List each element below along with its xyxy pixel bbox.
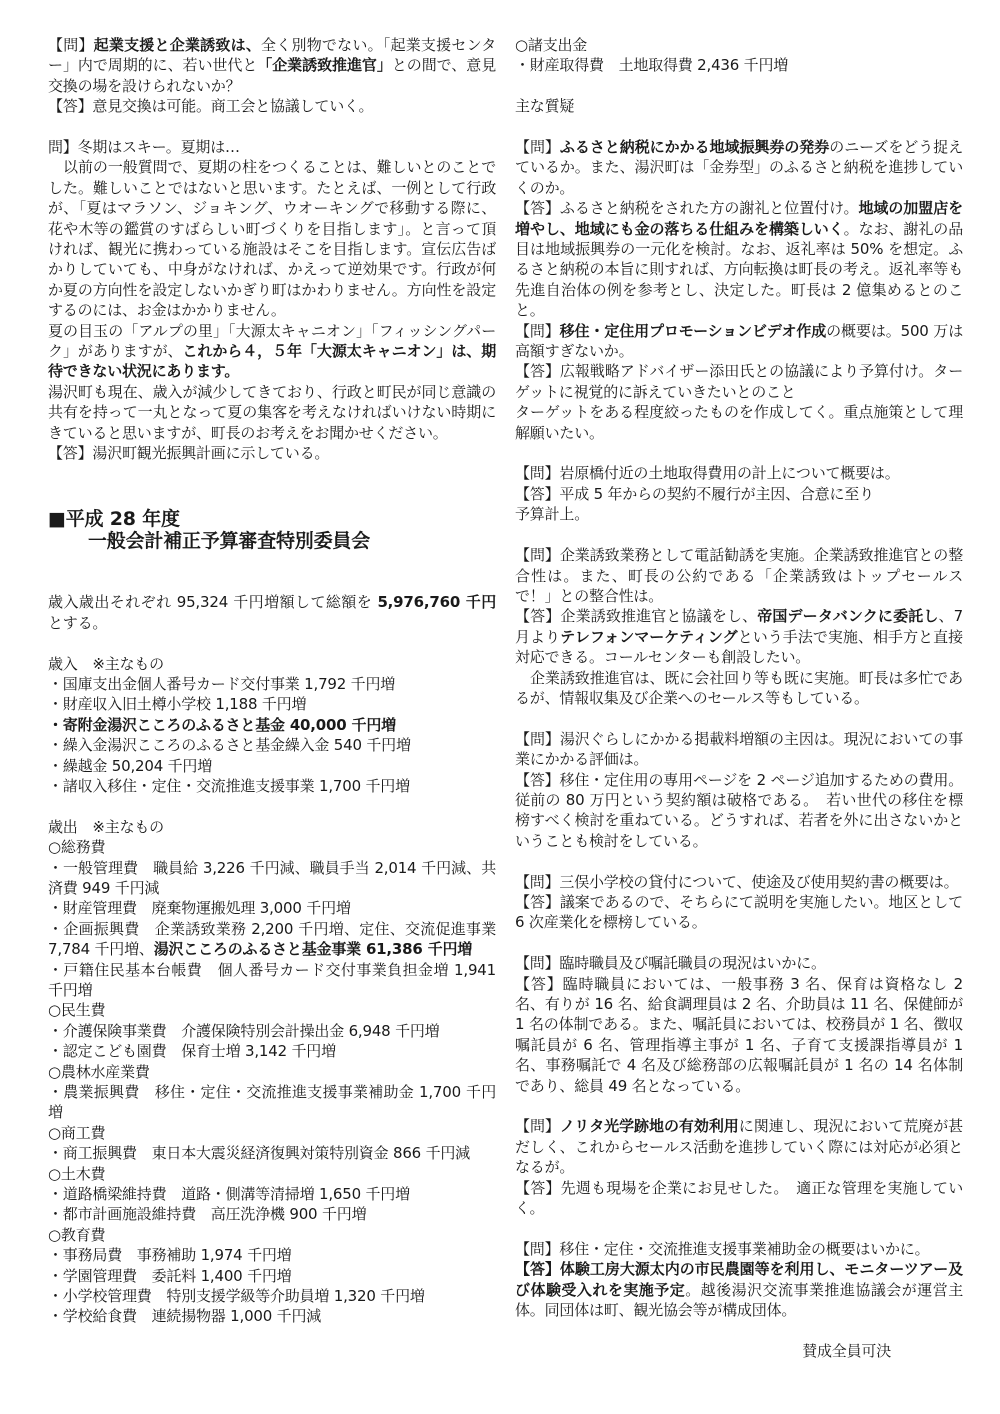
summary-total: 5,976,760 千円 (377, 593, 496, 611)
expenditure-item: ・商工振興費 東日本大震災経済復興対策特別資金 866 千円減 (48, 1143, 496, 1163)
section-title-year: ■平成 28 年度 (48, 508, 180, 530)
revenue-item: ・国庫支出金個人番号カード交付事業 1,792 千円増 (48, 674, 496, 694)
revenue-item: ・繰入金湯沢こころのふるさと基金繰入金 540 千円増 (48, 735, 496, 755)
expenditure-item: ・都市計画施設維持費 高圧洗浄機 900 千円増 (48, 1204, 496, 1224)
qa-answer-telemarketing-2: 企業誘致推進官は、既に会社回り等も既に実施。町長は多忙であるが、情報収集及び企業… (515, 668, 963, 709)
qa-question-summer-attractions: 夏の目玉の「アルプの里」「大源太キャニオン」「フィッシングパーク」がありますが、… (48, 321, 496, 382)
qa-question-startup-support: 【問】起業支援と企業誘致は、全く別物でない。「起業支援センター」内で周期的に、若… (48, 35, 496, 96)
vote-result: 賛成全員可決 (515, 1341, 963, 1361)
qa-answer-promo-video: 【答】広報戦略アドバイザー添田氏との協議により予算付け。ターゲットに視覚的に訴え… (515, 361, 963, 402)
expenditure-item: ・事務局費 事務補助 1,974 千円増 (48, 1245, 496, 1265)
budget-summary: 歳入歳出それぞれ 95,324 千円増額して総額を 5,976,760 千円とす… (48, 592, 496, 633)
expenditure-item: ・一般管理費 職員給 3,226 千円減、職員手当 2,014 千円減、共済費 … (48, 858, 496, 899)
answer-text: 【答】企業誘致推進官と協議をし、 (515, 607, 757, 625)
qa-question-norita: 【問】ノリタ光学跡地の有効利用に関連し、現況において荒廃が甚だしく、これからセー… (515, 1116, 963, 1177)
spacer (515, 1320, 963, 1340)
revenue-item: ・財産収入旧土樽小学校 1,188 千円増 (48, 694, 496, 714)
qa-answer-land: 予算計上。 (515, 504, 963, 524)
qa-question-staff: 【問】臨時職員及び嘱託職員の現況はいかに。 (515, 953, 963, 973)
expenditure-category: ○諸支出金 (515, 35, 963, 55)
spacer (515, 1096, 963, 1116)
spacer (515, 708, 963, 728)
qa-answer-promo-video: ターゲットをある程度絞ったものを作成してく。重点施策として理解願いたい。 (515, 402, 963, 443)
expenditure-category: ○商工費 (48, 1123, 496, 1143)
spacer (48, 572, 496, 592)
spacer (515, 525, 963, 545)
expenditure-item: ・農業振興費 移住・定住・交流推進支援事業補助金 1,700 千円増 (48, 1082, 496, 1123)
question-highlight: 「企業誘致推進官」 (257, 56, 392, 74)
qa-question-summer-body: 以前の一般質問で、夏期の柱をつくることは、難しいとのことでした。難しいことではな… (48, 157, 496, 320)
qa-answer-staff: 【答】臨時職員においては、一般事務 3 名、保育は資格なし 2 名、有りが 16… (515, 974, 963, 1096)
right-column: ○諸支出金 ・財産取得費 土地取得費 2,436 千円増 主な質疑 【問】ふるさ… (515, 35, 963, 1361)
expenditure-item: ・財産取得費 土地取得費 2,436 千円増 (515, 55, 963, 75)
question-marker: 【問】 (515, 138, 560, 156)
spacer (48, 552, 496, 572)
qa-question-land: 【問】岩原橋付近の土地取得費用の計上について概要は。 (515, 463, 963, 483)
expenditure-item: ・介護保険事業費 介護保険特別会計操出金 6,948 千円増 (48, 1021, 496, 1041)
expenditure-item: ・学園管理費 委託料 1,400 千円増 (48, 1266, 496, 1286)
qa-answer-telemarketing: 【答】企業誘致推進官と協議をし、帝国データバンクに委託し、7 月よりテレフォンマ… (515, 606, 963, 667)
expenditure-item: ・財産管理費 廃棄物運搬処理 3,000 千円増 (48, 898, 496, 918)
spacer (515, 851, 963, 871)
spacer (515, 443, 963, 463)
qa-answer-subsidy: 【答】体験工房大源太内の市民農園等を利用し、モニターツアー及び体験受入れを実施予… (515, 1259, 963, 1320)
main-qa-heading: 主な質疑 (515, 96, 963, 116)
expenditure-category: ○教育費 (48, 1225, 496, 1245)
question-marker: 【問】 (515, 1117, 560, 1135)
revenue-item: ・諸収入移住・定住・交流推進支援事業 1,700 千円増 (48, 776, 496, 796)
question-highlight: ノリタ光学跡地の有効利用 (560, 1117, 739, 1135)
qa-question-yuzawa-gurashi: 【問】湯沢ぐらしにかかる掲載料増額の主因は。現況においての事業にかかる評価は。 (515, 729, 963, 770)
spacer (515, 1218, 963, 1238)
expenditure-item: ・小学校管理費 特別支援学級等介助員増 1,320 千円増 (48, 1286, 496, 1306)
expenditure-item: ・学校給食費 連続揚物器 1,000 千円減 (48, 1306, 496, 1326)
answer-highlight: テレフォンマーケティング (560, 628, 738, 646)
question-highlight: 移住・定住用プロモーションビデオ作成 (560, 322, 827, 340)
spacer (515, 933, 963, 953)
qa-question-furusato: 【問】ふるさと納税にかかる地域振興券の発券のニーズをどう捉えているか。また、湯沢… (515, 137, 963, 198)
summary-end: とする。 (48, 614, 107, 632)
left-column: 【問】起業支援と企業誘致は、全く別物でない。「起業支援センター」内で周期的に、若… (48, 35, 496, 1327)
expenditure-heading: 歳出 ※主なもの (48, 817, 496, 837)
section-heading: ■平成 28 年度 一般会計補正予算審査特別委員会 (48, 508, 496, 552)
expenditure-item: ・企画振興費 企業誘致業務 2,200 千円増、定住、交流促進事業 7,784 … (48, 919, 496, 960)
question-marker: 【問】 (515, 322, 560, 340)
expenditure-item: ・戸籍住民基本台帳費 個人番号カード交付事業負担金増 1,941 千円増 (48, 960, 496, 1001)
spacer (48, 117, 496, 137)
expenditure-category: ○土木費 (48, 1164, 496, 1184)
spacer (515, 76, 963, 96)
expenditure-item: ・認定こども園費 保育士増 3,142 千円増 (48, 1041, 496, 1061)
qa-answer-norita: 【答】先週も現場を企業にお見せした。 適正な管理を実施していく。 (515, 1178, 963, 1219)
spacer (48, 464, 496, 502)
spacer (48, 633, 496, 653)
expenditure-category: ○民生費 (48, 1000, 496, 1020)
question-highlight: ふるさと納税にかかる地域振興券の発券 (560, 138, 829, 156)
qa-answer-mitsumata: 【答】議案であるので、そちらにて説明を実施したい。地区として 6 次産業化を標榜… (515, 892, 963, 933)
expenditure-category: ○総務費 (48, 837, 496, 857)
answer-text: 【答】ふるさと納税をされた方の謝礼と位置付け。 (515, 199, 858, 217)
qa-answer-land: 【答】平成 5 年からの契約不履行が主因、合意に至り (515, 484, 963, 504)
expenditure-category: ○農林水産業費 (48, 1062, 496, 1082)
qa-answer-furusato: 【答】ふるさと納税をされた方の謝礼と位置付け。地域の加盟店を増やし、地域にも金の… (515, 198, 963, 320)
spacer (48, 796, 496, 816)
qa-question-mitsumata: 【問】三俣小学校の貸付について、使途及び使用契約書の概要は。 (515, 872, 963, 892)
qa-answer-startup-support: 【答】意見交換は可能。商工会と協議していく。 (48, 96, 496, 116)
answer-highlight: 帝国データバンクに委託し (757, 607, 938, 625)
expenditure-item: ・道路橋梁維持費 道路・側溝等清掃増 1,650 千円増 (48, 1184, 496, 1204)
summary-text: 歳入歳出それぞれ 95,324 千円増額して総額を (48, 593, 377, 611)
revenue-heading: 歳入 ※主なもの (48, 654, 496, 674)
revenue-item: ・寄附金湯沢こころのふるさと基金 40,000 千円増 (48, 715, 496, 735)
question-highlight: 起業支援と企業誘致は、 (94, 36, 261, 54)
qa-question-telemarketing: 【問】企業誘致業務として電話勧誘を実施。企業誘致推進官との整合性は。また、町長の… (515, 545, 963, 606)
qa-question-subsidy: 【問】移住・定住・交流推進支援事業補助金の概要はいかに。 (515, 1239, 963, 1259)
qa-answer-summer: 【答】湯沢町観光振興計画に示している。 (48, 443, 496, 463)
qa-question-summer-title: 問】冬期はスキー。夏期は… (48, 137, 496, 157)
revenue-item: ・繰越金 50,204 千円増 (48, 756, 496, 776)
item-highlight: 湯沢こころのふるさと基金事業 61,386 千円増 (154, 940, 472, 958)
qa-question-promo-video: 【問】移住・定住用プロモーションビデオ作成の概要は。500 万は高額すぎないか。 (515, 321, 963, 362)
qa-answer-yuzawa-gurashi: 【答】移住・定住用の専用ページを 2 ページ追加するための費用。従前の 80 万… (515, 770, 963, 852)
question-marker: 【問】 (48, 36, 94, 54)
qa-question-summer-request: 湯沢町も現在、歳入が減少してきており、行政と町民が同じ意識の共有を持って一丸とな… (48, 382, 496, 443)
section-title-committee: 一般会計補正予算審査特別委員会 (48, 530, 496, 552)
spacer (515, 117, 963, 137)
